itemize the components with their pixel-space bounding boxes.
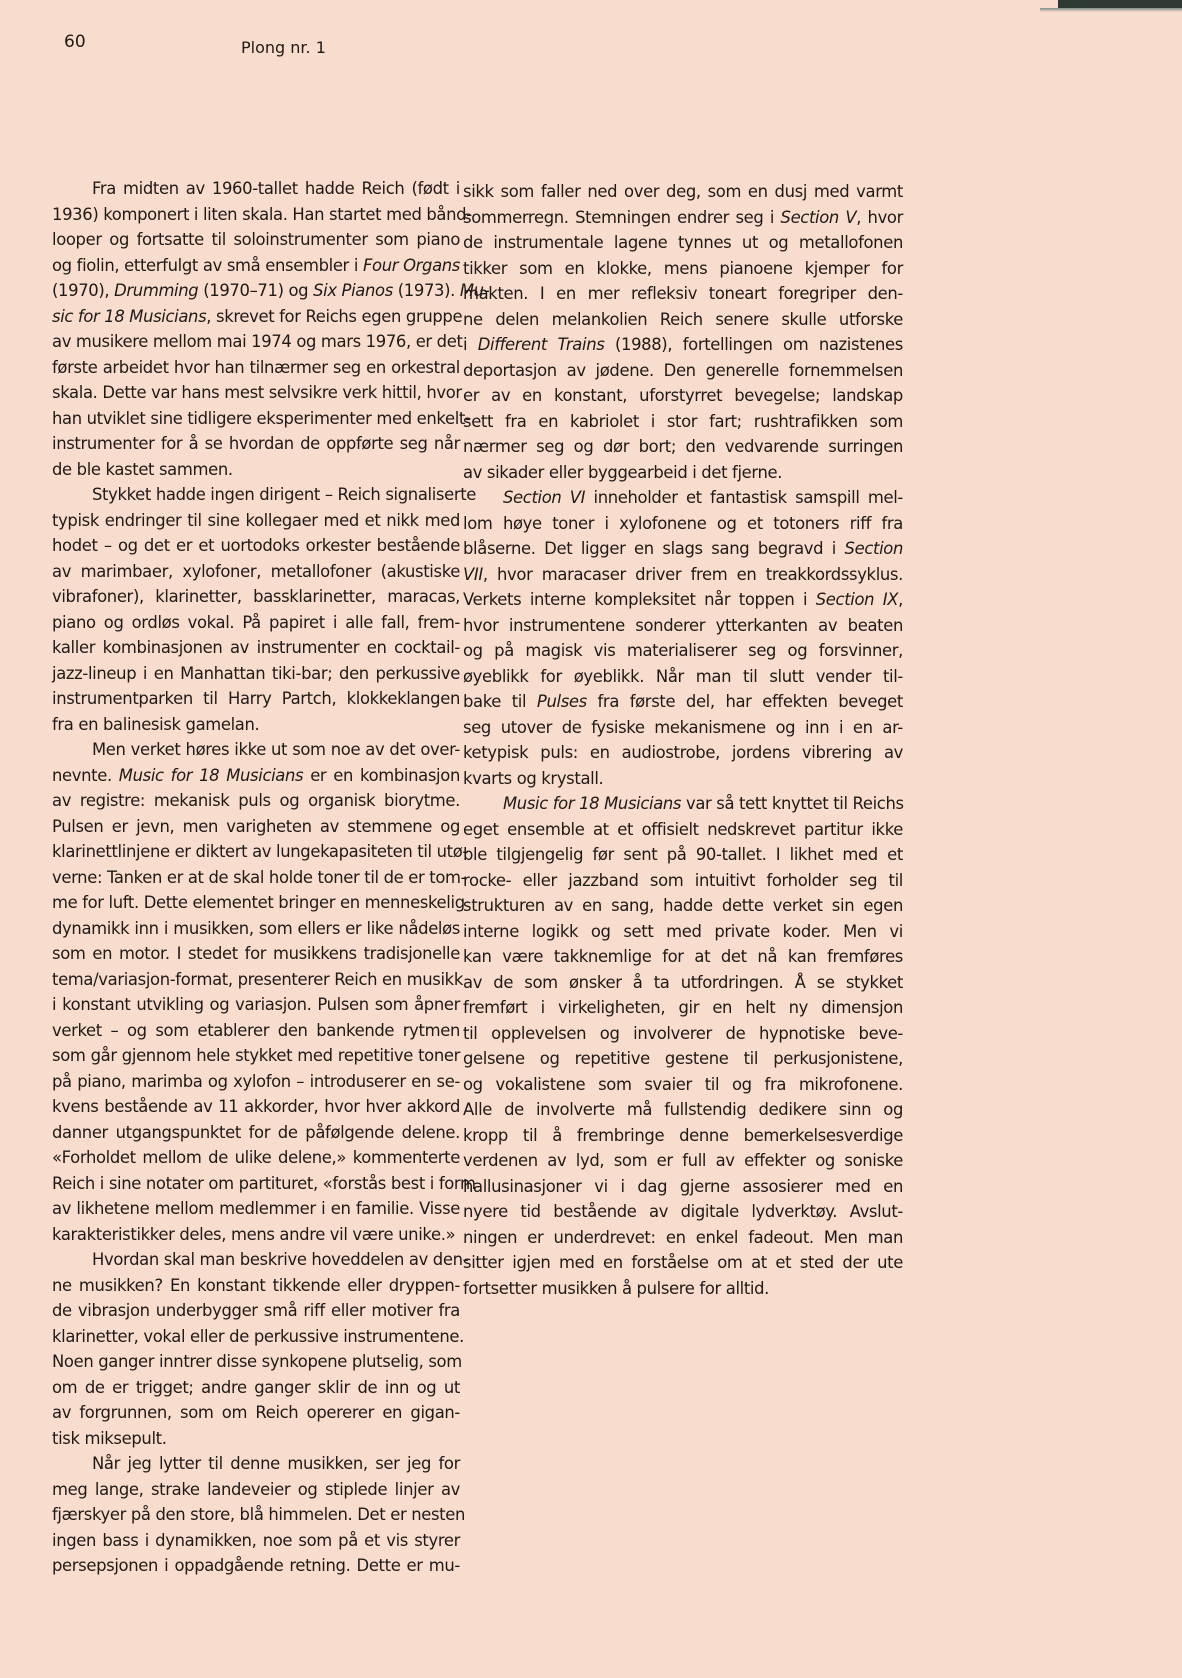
text-line: av sikader eller byggearbeid i det fjern… — [463, 460, 903, 486]
text-line: eget ensemble at et offisielt nedskrevet… — [463, 817, 903, 843]
text-line: av forgrunnen, som om Reich opererer en … — [52, 1400, 460, 1426]
text-line: hodet – og det er et uortodoks orkester … — [52, 533, 460, 559]
text-line: Hvordan skal man beskrive hoveddelen av … — [52, 1247, 460, 1273]
text-line: blåserne. Det ligger en slags sang begra… — [463, 536, 903, 562]
text-line: klarinetter, vokal eller de perkussive i… — [52, 1324, 460, 1350]
text-line: de instrumentale lagene tynnes ut og met… — [463, 230, 903, 256]
text-line: Music for 18 Musicians var så tett knytt… — [463, 791, 903, 817]
text-line: av marimbaer, xylofoner, metallofoner (a… — [52, 559, 460, 585]
text-line: verdenen av lyd, som er full av effekter… — [463, 1148, 903, 1174]
text-line: Fra midten av 1960-tallet hadde Reich (f… — [52, 176, 460, 202]
text-line: klarinettlinjene er diktert av lungekapa… — [52, 839, 460, 865]
text-line: tikker som en klokke, mens pianoene kjem… — [463, 256, 903, 282]
text-line: VII, hvor maracaser driver frem en treak… — [463, 562, 903, 588]
scan-edge — [1058, 0, 1182, 8]
text-line: Verkets interne kompleksitet når toppen … — [463, 587, 903, 613]
text-line: makten. I en mer refleksiv toneart foreg… — [463, 281, 903, 307]
text-line: på piano, marimba og xylofon – introduse… — [52, 1069, 460, 1095]
text-line: som en motor. I stedet for musikkens tra… — [52, 941, 460, 967]
text-line: øyeblikk for øyeblikk. Når man til slutt… — [463, 664, 903, 690]
text-line: skala. Dette var hans mest selvsikre ver… — [52, 380, 460, 406]
text-line: sommerregn. Stemningen endrer seg i Sect… — [463, 205, 903, 231]
text-line: verne: Tanken er at de skal holde toner … — [52, 865, 460, 891]
text-line: persepsjonen i oppadgående retning. Dett… — [52, 1553, 460, 1579]
text-line: i konstant utvikling og variasjon. Pulse… — [52, 992, 460, 1018]
text-line: tisk miksepult. — [52, 1426, 460, 1452]
text-line: rocke- eller jazzband som intuitivt forh… — [463, 868, 903, 894]
text-line: av likhetene mellom medlemmer i en famil… — [52, 1196, 460, 1222]
text-line: de vibrasjon underbygger små riff eller … — [52, 1298, 460, 1324]
text-line: Section VI inneholder et fantastisk sams… — [463, 485, 903, 511]
text-line: sikk som faller ned over deg, som en dus… — [463, 179, 903, 205]
text-line: nyere tid bestående av digitale lydverkt… — [463, 1199, 903, 1225]
text-line: piano og ordløs vokal. På papiret i alle… — [52, 610, 460, 636]
text-line: kan være takknemlige for at det nå kan f… — [463, 944, 903, 970]
text-line: sitter igjen med en forståelse om at et … — [463, 1250, 903, 1276]
text-line: og på magisk vis materialiserer seg og f… — [463, 638, 903, 664]
text-line: som går gjennom hele stykket med repetit… — [52, 1043, 460, 1069]
text-line: han utviklet sine tidligere eksperimente… — [52, 406, 460, 432]
text-line: Når jeg lytter til denne musikken, ser j… — [52, 1451, 460, 1477]
text-line: ne delen melankolien Reich senere skulle… — [463, 307, 903, 333]
text-line: de ble kastet sammen. — [52, 457, 460, 483]
text-line: ingen bass i dynamikken, noe som på et v… — [52, 1528, 460, 1554]
text-line: kropp til å frembringe denne bemerkelses… — [463, 1123, 903, 1149]
text-line: fremført i virkeligheten, gir en helt ny… — [463, 995, 903, 1021]
text-line: «Forholdet mellom de ulike delene,» komm… — [52, 1145, 460, 1171]
text-line: karakteristikker deles, mens andre vil v… — [52, 1222, 460, 1248]
text-line: typisk endringer til sine kollegaer med … — [52, 508, 460, 534]
text-line: Noen ganger inntrer disse synkopene plut… — [52, 1349, 460, 1375]
text-line: Stykket hadde ingen dirigent – Reich sig… — [52, 482, 460, 508]
text-line: første arbeidet hvor han tilnærmer seg e… — [52, 355, 460, 381]
text-line: ble tilgjengelig før sent på 90-tallet. … — [463, 842, 903, 868]
text-line: i Different Trains (1988), fortellingen … — [463, 332, 903, 358]
text-line: lom høye toner i xylofonene og et totone… — [463, 511, 903, 537]
text-line: verket – og som etablerer den bankende r… — [52, 1018, 460, 1044]
text-line: gelsene og repetitive gestene til perkus… — [463, 1046, 903, 1072]
page-number: 60 — [64, 32, 86, 52]
text-line: av de som ønsker å ta utfordringen. Å se… — [463, 970, 903, 996]
text-line: av musikere mellom mai 1974 og mars 1976… — [52, 329, 460, 355]
text-line: danner utgangspunktet for de påfølgende … — [52, 1120, 460, 1146]
text-line: deportasjon av jødene. Den generelle for… — [463, 358, 903, 384]
text-line: kaller kombinasjonen av instrumenter en … — [52, 635, 460, 661]
text-line: tema/variasjon-format, presenterer Reich… — [52, 967, 460, 993]
text-line: hallusinasjoner vi i dag gjerne assosier… — [463, 1174, 903, 1200]
running-head: Plong nr. 1 — [241, 38, 326, 57]
text-line: fortsetter musikken å pulsere for alltid… — [463, 1276, 903, 1302]
text-line: av registre: mekanisk puls og organisk b… — [52, 788, 460, 814]
scan-edge-shadow — [1040, 8, 1182, 12]
text-line: ne musikken? En konstant tikkende eller … — [52, 1273, 460, 1299]
text-line: sic for 18 Musicians, skrevet for Reichs… — [52, 304, 460, 330]
text-line: Pulsen er jevn, men varigheten av stemme… — [52, 814, 460, 840]
text-line: strukturen av en sang, hadde dette verke… — [463, 893, 903, 919]
text-line: sett fra en kabriolet i stor fart; rusht… — [463, 409, 903, 435]
text-line: fra en balinesisk gamelan. — [52, 712, 460, 738]
text-line: instrumenter for å se hvordan de oppført… — [52, 431, 460, 457]
text-line: Men verket høres ikke ut som noe av det … — [52, 737, 460, 763]
text-line: kvens bestående av 11 akkorder, hvor hve… — [52, 1094, 460, 1120]
left-text-column: Fra midten av 1960-tallet hadde Reich (f… — [52, 176, 462, 1579]
text-line: nærmer seg og dør bort; den vedvarende s… — [463, 434, 903, 460]
text-line: me for luft. Dette elementet bringer en … — [52, 890, 460, 916]
text-line: om de er trigget; andre ganger sklir de … — [52, 1375, 460, 1401]
text-line: instrumentparken til Harry Partch, klokk… — [52, 686, 460, 712]
text-line: hvor instrumentene sonderer ytterkanten … — [463, 613, 903, 639]
text-line: jazz-lineup i en Manhattan tiki-bar; den… — [52, 661, 460, 687]
text-line: ningen er underdrevet: en enkel fadeout.… — [463, 1225, 903, 1251]
text-line: looper og fortsatte til soloinstrumenter… — [52, 227, 460, 253]
text-line: og fiolin, etterfulgt av små ensembler i… — [52, 253, 460, 279]
text-line: til opplevelsen og involverer de hypnoti… — [463, 1021, 903, 1047]
text-line: dynamikk inn i musikken, som ellers er l… — [52, 916, 460, 942]
text-line: bake til Pulses fra første del, har effe… — [463, 689, 903, 715]
right-text-column: sikk som faller ned over deg, som en dus… — [463, 179, 903, 1301]
text-line: vibrafoner), klarinetter, bassklarinette… — [52, 584, 460, 610]
text-line: kvarts og krystall. — [463, 766, 903, 792]
text-line: Alle de involverte må fullstendig dedike… — [463, 1097, 903, 1123]
text-line: ketypisk puls: en audiostrobe, jordens v… — [463, 740, 903, 766]
text-line: interne logikk og sett med private koder… — [463, 919, 903, 945]
text-line: er av en konstant, uforstyrret bevegelse… — [463, 383, 903, 409]
text-line: 1936) komponert i liten skala. Han start… — [52, 202, 460, 228]
text-line: og vokalistene som svaier til og fra mik… — [463, 1072, 903, 1098]
text-line: (1970), Drumming (1970–71) og Six Pianos… — [52, 278, 460, 304]
text-line: Reich i sine notater om partituret, «for… — [52, 1171, 460, 1197]
text-line: meg lange, strake landeveier og stiplede… — [52, 1477, 460, 1503]
text-line: seg utover de fysiske mekanismene og inn… — [463, 715, 903, 741]
text-line: fjærskyer på den store, blå himmelen. De… — [52, 1502, 460, 1528]
text-line: nevnte. Music for 18 Musicians er en kom… — [52, 763, 460, 789]
